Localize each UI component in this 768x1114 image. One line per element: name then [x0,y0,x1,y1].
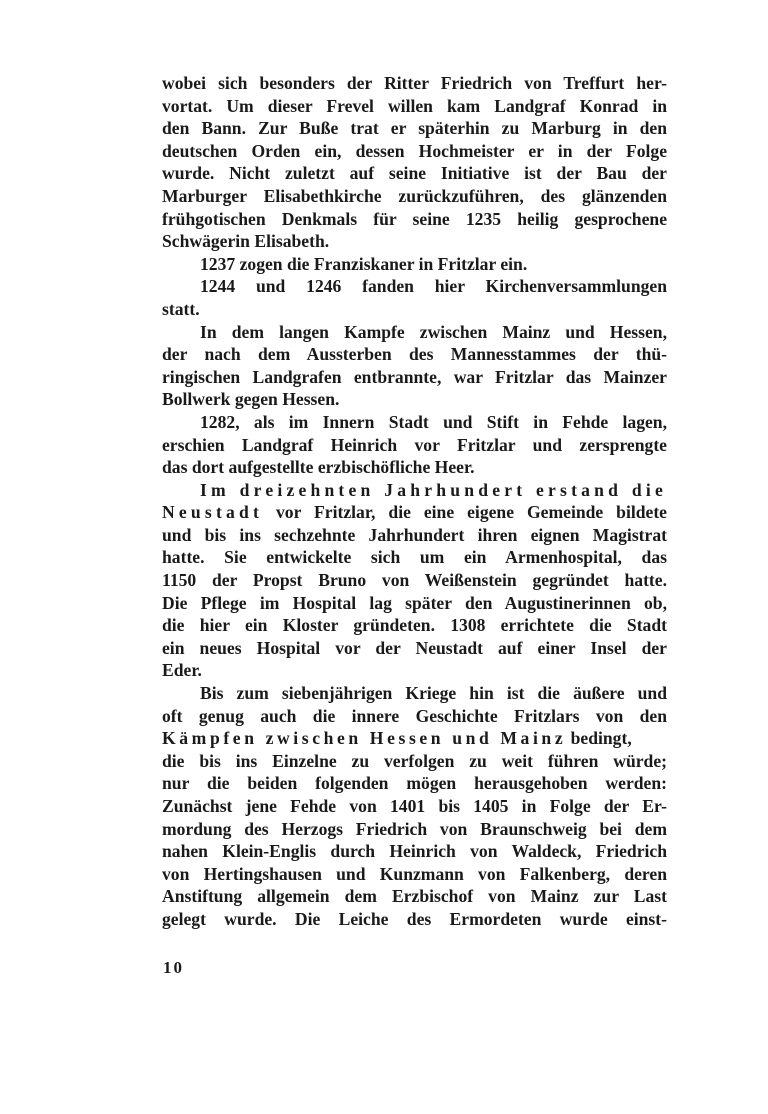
text-line: Bis zum siebenjährigen Kriege hin ist di… [162,682,667,705]
text-line: die bis ins Einzelne zu verfolgen zu wei… [162,750,667,773]
text-line: vortat. Um dieser Frevel willen kam Land… [162,95,667,118]
text-line: ringischen Landgrafen entbrannte, war Fr… [162,366,667,389]
text-line: und bis ins sechzehnte Jahrhundert ihren… [162,524,667,547]
text-line-emphasized: Im dreizehnten Jahrhundert erstand die [162,479,667,502]
text-segment: vor Fritzlar, die eine eigene Gemeinde b… [263,502,667,522]
emphasized-phrase: Kämpfen zwischen Hessen und Mainz [162,728,566,748]
text-line: Bollwerk gegen Hessen. [162,388,667,411]
paragraph: Im dreizehnten Jahrhundert erstand die N… [162,479,667,682]
text-line: Die Pflege im Hospital lag später den Au… [162,592,667,615]
text-line: Kämpfen zwischen Hessen und Mainz beding… [162,727,667,750]
text-line: nahen Klein-Englis durch Heinrich von Wa… [162,840,667,863]
text-line: Marburger Elisabethkirche zurückzuführen… [162,185,667,208]
text-line: den Bann. Zur Buße trat er späterhin zu … [162,117,667,140]
paragraph: Bis zum siebenjährigen Kriege hin ist di… [162,682,667,931]
paragraph: In dem langen Kampfe zwischen Mainz und … [162,321,667,411]
emphasized-word: Neustadt [162,502,263,522]
text-line: 1150 der Propst Bruno von Weißenstein ge… [162,569,667,592]
text-line: In dem langen Kampfe zwischen Mainz und … [162,321,667,344]
text-line: 1237 zogen die Franziskaner in Fritzlar … [162,253,667,276]
text-line: frühgotischen Denkmals für seine 1235 he… [162,208,667,231]
text-line: Neustadt vor Fritzlar, die eine eigene G… [162,501,667,524]
page-body: wobei sich besonders der Ritter Friedric… [162,72,667,931]
text-line: gelegt wurde. Die Leiche des Ermordeten … [162,908,667,931]
text-line: deutschen Orden ein, dessen Hochmeister … [162,140,667,163]
text-line: Anstiftung allgemein dem Erzbischof von … [162,885,667,908]
text-line: Schwägerin Elisabeth. [162,230,667,253]
text-line: von Hertingshausen und Kunzmann von Falk… [162,863,667,886]
text-line: Eder. [162,659,667,682]
text-line: ein neues Hospital vor der Neustadt auf … [162,637,667,660]
text-line: 1244 und 1246 fanden hier Kirchenversamm… [162,275,667,298]
text-line: oft genug auch die innere Geschichte Fri… [162,705,667,728]
paragraph: 1244 und 1246 fanden hier Kirchenversamm… [162,275,667,320]
text-line: statt. [162,298,667,321]
text-line: mordung des Herzogs Friedrich von Brauns… [162,818,667,841]
text-line: das dort aufgestellte erzbischöfliche He… [162,456,667,479]
text-line: Zunächst jene Fehde von 1401 bis 1405 in… [162,795,667,818]
paragraph: wobei sich besonders der Ritter Friedric… [162,72,667,253]
paragraph: 1282, als im Innern Stadt und Stift in F… [162,411,667,479]
text-line: wurde. Nicht zuletzt auf seine Initiativ… [162,162,667,185]
page-number: 10 [163,958,184,978]
text-line: 1282, als im Innern Stadt und Stift in F… [162,411,667,434]
text-line: hatte. Sie entwickelte sich um ein Armen… [162,546,667,569]
text-line: wobei sich besonders der Ritter Friedric… [162,72,667,95]
text-segment: bedingt, [566,728,632,748]
text-line: die hier ein Kloster gründeten. 1308 err… [162,614,667,637]
paragraph: 1237 zogen die Franziskaner in Fritzlar … [162,253,667,276]
text-line: der nach dem Aussterben des Mannesstamme… [162,343,667,366]
text-line: erschien Landgraf Heinrich vor Fritzlar … [162,434,667,457]
text-line: nur die beiden folgenden mögen herausgeh… [162,772,667,795]
